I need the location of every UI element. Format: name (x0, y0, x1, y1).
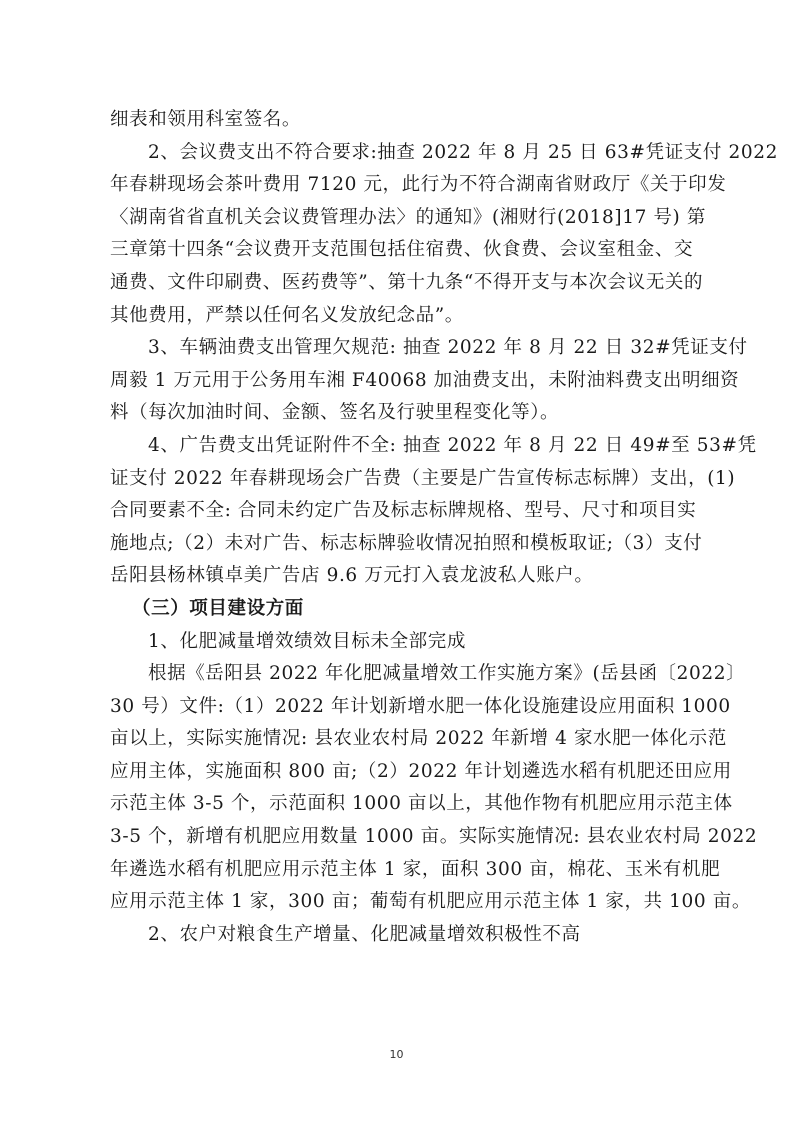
document-body: 细表和领用科室签名。 2、会议费支出不符合要求:抽查 2022 年 8 月 25… (110, 104, 686, 951)
text-line: 30 号）文件:（1）2022 年计划新增水肥一体化设施建设应用面积 1000 (110, 691, 686, 724)
subsection-title: 1、化肥减量增效绩效目标未全部完成 (110, 626, 686, 659)
text-line: 施地点;（2）未对广告、标志标牌验收情况拍照和模板取证;（3）支付 (110, 528, 686, 561)
document-page: 细表和领用科室签名。 2、会议费支出不符合要求:抽查 2022 年 8 月 25… (0, 0, 793, 1121)
text-line: 料（每次加油时间、金额、签名及行驶里程变化等）。 (110, 397, 686, 430)
text-line: 示范主体 3-5 个，示范面积 1000 亩以上，其他作物有机肥应用示范主体 (110, 788, 686, 821)
section-heading: （三）项目建设方面 (110, 593, 686, 626)
text-line: 亩以上，实际实施情况: 县农业农村局 2022 年新增 4 家水肥一体化示范 (110, 723, 686, 756)
text-line: 其他费用，严禁以任何名义发放纪念品”。 (110, 300, 686, 333)
text-line: 根据《岳阳县 2022 年化肥减量增效工作实施方案》(岳县函〔2022〕 (110, 658, 686, 691)
subsection-title: 2、农户对粮食生产增量、化肥减量增效积极性不高 (110, 919, 686, 952)
text-line: 细表和领用科室签名。 (110, 104, 686, 137)
page-number: 10 (0, 1048, 793, 1061)
text-line: 应用主体，实施面积 800 亩;（2）2022 年计划遴选水稻有机肥还田应用 (110, 756, 686, 789)
text-line: 岳阳县杨林镇卓美广告店 9.6 万元打入袁龙波私人账户。 (110, 560, 686, 593)
text-line: 4、广告费支出凭证附件不全: 抽查 2022 年 8 月 22 日 49#至 5… (110, 430, 686, 463)
text-line: 3、车辆油费支出管理欠规范: 抽查 2022 年 8 月 22 日 32#凭证支… (110, 332, 686, 365)
text-line: 年春耕现场会茶叶费用 7120 元，此行为不符合湖南省财政厅《关于印发 (110, 169, 686, 202)
text-line: 证支付 2022 年春耕现场会广告费（主要是广告宣传标志标牌）支出，(1) (110, 463, 686, 496)
text-line: 合同要素不全: 合同未约定广告及标志标牌规格、型号、尺寸和项目实 (110, 495, 686, 528)
text-line: 三章第十四条“会议费开支范围包括住宿费、伙食费、会议室租金、交 (110, 234, 686, 267)
text-line: 应用示范主体 1 家，300 亩；葡萄有机肥应用示范主体 1 家，共 100 亩… (110, 886, 686, 919)
text-line: 周毅 1 万元用于公务用车湘 F40068 加油费支出，未附油料费支出明细资 (110, 365, 686, 398)
text-line: 3-5 个，新增有机肥应用数量 1000 亩。实际实施情况: 县农业农村局 20… (110, 821, 686, 854)
text-line: 2、会议费支出不符合要求:抽查 2022 年 8 月 25 日 63#凭证支付 … (110, 137, 686, 170)
text-line: 年遴选水稻有机肥应用示范主体 1 家，面积 300 亩，棉花、玉米有机肥 (110, 854, 686, 887)
text-line: 通费、文件印刷费、医药费等”、第十九条“不得开支与本次会议无关的 (110, 267, 686, 300)
text-line: 〈湖南省省直机关会议费管理办法〉的通知》(湘财行(2018]17 号) 第 (110, 202, 686, 235)
